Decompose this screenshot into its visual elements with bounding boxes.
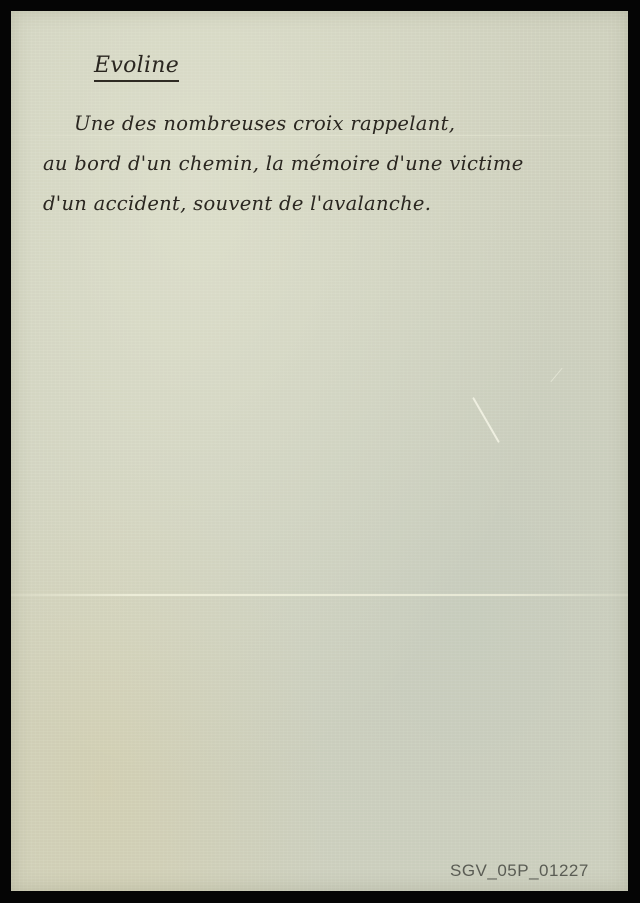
paper-scratch-mark — [472, 397, 500, 443]
fold-line — [11, 135, 628, 136]
handwritten-line: au bord d'un chemin, la mémoire d'une vi… — [43, 152, 524, 175]
document-page: Evoline Une des nombreuses croix rappela… — [11, 11, 628, 891]
document-title: Evoline — [94, 53, 179, 82]
handwritten-line: d'un accident, souvent de l'avalanche. — [43, 192, 431, 215]
handwritten-line: Une des nombreuses croix rappelant, — [74, 112, 455, 135]
paper-scratch-mark — [550, 368, 562, 382]
archive-id-label: SGV_05P_01227 — [450, 861, 589, 881]
fold-line — [11, 594, 628, 596]
